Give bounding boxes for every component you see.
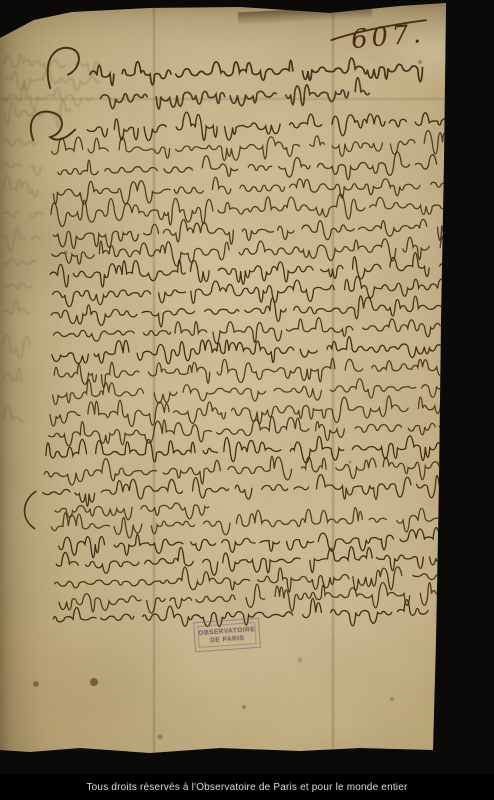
foxing-spot bbox=[298, 658, 303, 663]
foxing-spot bbox=[242, 705, 246, 709]
copyright-text: Tous droits réservés à l'Observatoire de… bbox=[86, 782, 407, 793]
handwriting-ink-layer bbox=[0, 0, 494, 800]
foxing-spot bbox=[348, 460, 351, 463]
foxing-spot bbox=[390, 697, 394, 701]
manuscript-page: 607. OBSERVATOIRE DE PARIS bbox=[0, 0, 494, 800]
foxing-spot bbox=[64, 250, 68, 254]
stamp-line-2: DE PARIS bbox=[210, 634, 245, 643]
copyright-bar: Tous droits réservés à l'Observatoire de… bbox=[0, 774, 494, 800]
scan-background: 607. OBSERVATOIRE DE PARIS Tous droits r… bbox=[0, 0, 494, 800]
foxing-spot bbox=[450, 330, 454, 334]
foxing-spot bbox=[33, 681, 39, 687]
observatoire-stamp: OBSERVATOIRE DE PARIS bbox=[193, 618, 261, 653]
foxing-spot bbox=[90, 678, 98, 686]
archive-number: 607. bbox=[350, 19, 426, 55]
paper-grain-texture bbox=[0, 0, 494, 800]
foxing-spot bbox=[158, 735, 163, 740]
foxing-spot bbox=[418, 60, 422, 64]
